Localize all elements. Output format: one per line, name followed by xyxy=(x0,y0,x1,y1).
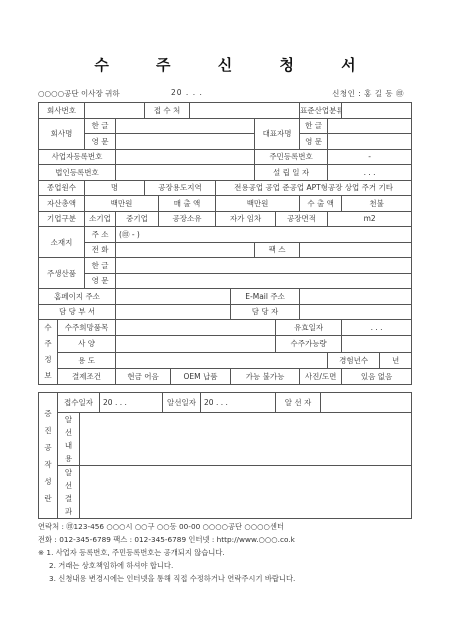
label-phone: 전 화 xyxy=(85,242,116,258)
label-promotion-section: 증진공작성란 xyxy=(39,393,58,519)
application-date: 20 . . . xyxy=(171,88,203,97)
phone-field[interactable] xyxy=(116,242,255,258)
label-email: E-Mail 주소 xyxy=(231,289,300,305)
label-established: 설 립 일 자 xyxy=(255,165,328,181)
label-homepage: 홈페이지 주소 xyxy=(39,289,116,305)
label-reception: 접 수 처 xyxy=(145,103,190,119)
oem-options[interactable]: 가능 불가능 xyxy=(231,368,300,384)
label-corp-reg-no: 법인등록번호 xyxy=(39,165,116,181)
label-english: 영 문 xyxy=(85,134,116,150)
factory-area-field[interactable]: m2 xyxy=(328,211,412,227)
email-field[interactable] xyxy=(300,289,412,305)
label-desired-items: 수주희망품목 xyxy=(58,320,116,336)
form-header: ○○○○공단 이사장 귀하 20 . . . 신청인 : 홍 길 동 ㊞ xyxy=(38,88,410,100)
label-resident-reg-no: 주민등록번호 xyxy=(255,149,328,165)
label-company-no: 회사번호 xyxy=(39,103,85,119)
established-date-field[interactable]: . . . xyxy=(328,165,412,181)
payment-options[interactable]: 현금 어음 xyxy=(116,368,171,384)
label-order-info: 수주정보 xyxy=(39,320,58,385)
label-products-korean: 한 글 xyxy=(85,258,116,274)
label-main-products: 주생산품 xyxy=(39,258,85,289)
employees-field[interactable]: 명 xyxy=(85,180,145,196)
label-department: 담 당 부 서 xyxy=(39,304,116,320)
usage-field[interactable] xyxy=(116,352,328,368)
label-products-english: 영 문 xyxy=(85,273,116,289)
company-name-korean-field[interactable] xyxy=(116,118,255,134)
resident-reg-no-field[interactable]: - xyxy=(328,149,412,165)
applicant-signature: 신청인 : 홍 길 동 ㊞ xyxy=(332,88,404,99)
company-no-field[interactable] xyxy=(85,103,145,119)
industry-class-field[interactable] xyxy=(342,103,412,119)
option-small-biz[interactable]: 소기업 xyxy=(85,211,116,227)
homepage-field[interactable] xyxy=(116,289,231,305)
business-reg-no-field[interactable] xyxy=(116,149,255,165)
rep-name-english-field[interactable] xyxy=(328,134,412,150)
label-company-name: 회사명 xyxy=(39,118,85,149)
valid-date-field[interactable]: . . . xyxy=(342,320,412,336)
capacity-field[interactable] xyxy=(342,336,412,352)
fax-field[interactable] xyxy=(300,242,412,258)
note-1: ※ 1. 사업자 등록번호, 주민등록번호는 공개되지 않습니다. xyxy=(38,546,295,559)
label-business-reg-no: 사업자등록번호 xyxy=(39,149,116,165)
label-usage: 용 도 xyxy=(58,352,116,368)
label-payment-terms: 결제조건 xyxy=(58,368,116,384)
label-referrer: 알 선 자 xyxy=(276,393,321,413)
label-referral-date: 알선일자 xyxy=(163,393,201,413)
department-field[interactable] xyxy=(116,304,231,320)
label-referral-content: 알선내용 xyxy=(58,413,80,466)
referrer-field[interactable] xyxy=(321,393,412,413)
label-capacity: 수주가능량 xyxy=(276,336,342,352)
factory-ownership-options[interactable]: 자가 임차 xyxy=(216,211,276,227)
rep-name-korean-field[interactable] xyxy=(328,118,412,134)
label-factory-owner: 공장소유 xyxy=(159,211,216,227)
experience-years-field[interactable]: 년 xyxy=(380,352,412,368)
label-fax: 팩 스 xyxy=(255,242,300,258)
label-industry-class: 표준산업분류 xyxy=(300,103,342,119)
promotion-section-table: 증진공작성란 접수일자 20 . . . 알선일자 20 . . . 알 선 자… xyxy=(38,392,412,519)
page-title: 수 주 신 청 서 xyxy=(0,54,450,75)
referral-content-field[interactable] xyxy=(80,413,412,466)
option-mid-biz[interactable]: 중기업 xyxy=(116,211,159,227)
received-date-field[interactable]: 20 . . . xyxy=(100,393,163,413)
label-location: 소재지 xyxy=(39,227,85,258)
label-received-date: 접수일자 xyxy=(58,393,100,413)
label-contact-person: 담 당 자 xyxy=(231,304,300,320)
label-valid-date: 유효일자 xyxy=(276,320,342,336)
note-2: 2. 거래는 상호책임하에 하셔야 합니다. xyxy=(38,559,295,572)
company-name-english-field[interactable] xyxy=(116,134,255,150)
note-3: 3. 신청내용 변경시에는 인터넷을 통해 직접 수정하거나 연락주시기 바랍니… xyxy=(38,572,295,585)
label-korean: 한 글 xyxy=(85,118,116,134)
reception-field[interactable] xyxy=(190,103,300,119)
label-factory-area: 공장면적 xyxy=(276,211,328,227)
contact-address: 연락처 : ㊞123-456 ○○○시 ○○구 ○○동 00-00 ○○○○공단… xyxy=(38,520,295,533)
order-application-table: 회사번호 접 수 처 표준산업분류 회사명 한 글 대표자명 한 글 영 문 영… xyxy=(38,102,412,385)
referral-result-field[interactable] xyxy=(80,466,412,519)
label-oem: OEM 납품 xyxy=(171,368,231,384)
total-assets-field[interactable]: 백만원 xyxy=(85,196,159,212)
products-english-field[interactable] xyxy=(116,273,412,289)
label-experience-years: 경험년수 xyxy=(328,352,380,368)
label-representative: 대표자명 xyxy=(255,118,300,149)
products-korean-field[interactable] xyxy=(116,258,412,274)
label-rep-korean: 한 글 xyxy=(300,118,328,134)
contact-person-field[interactable] xyxy=(300,304,412,320)
label-photo-drawing: 사진/도면 xyxy=(300,368,342,384)
label-referral-result: 알선결과 xyxy=(58,466,80,519)
label-rep-english: 영 문 xyxy=(300,134,328,150)
label-total-assets: 자산총액 xyxy=(39,196,85,212)
label-address: 주 소 xyxy=(85,227,116,243)
contact-phone: 전화 : 012-345-6789 팩스 : 012-345-6789 인터넷 … xyxy=(38,533,295,546)
footer-notes: 연락처 : ㊞123-456 ○○○시 ○○구 ○○동 00-00 ○○○○공단… xyxy=(38,520,295,585)
spec-field[interactable] xyxy=(116,336,276,352)
exports-field[interactable]: 천불 xyxy=(342,196,412,212)
label-spec: 사 양 xyxy=(58,336,116,352)
label-company-type: 기업구분 xyxy=(39,211,85,227)
factory-zone-options[interactable]: 전용공업 공업 준공업 APT형공장 상업 주거 기타 xyxy=(216,180,412,196)
label-employees: 종업원수 xyxy=(39,180,85,196)
label-exports: 수 출 액 xyxy=(300,196,342,212)
sales-field[interactable]: 백만원 xyxy=(216,196,300,212)
desired-items-field[interactable] xyxy=(116,320,276,336)
referral-date-field[interactable]: 20 . . . xyxy=(201,393,276,413)
photo-drawing-options[interactable]: 있음 없음 xyxy=(342,368,412,384)
label-sales: 매 출 액 xyxy=(159,196,216,212)
corp-reg-no-field[interactable] xyxy=(116,165,255,181)
address-field[interactable]: (㊞ - ) xyxy=(116,227,412,243)
addressee: ○○○○공단 이사장 귀하 xyxy=(38,88,120,99)
label-factory-zone: 공장용도지역 xyxy=(145,180,216,196)
